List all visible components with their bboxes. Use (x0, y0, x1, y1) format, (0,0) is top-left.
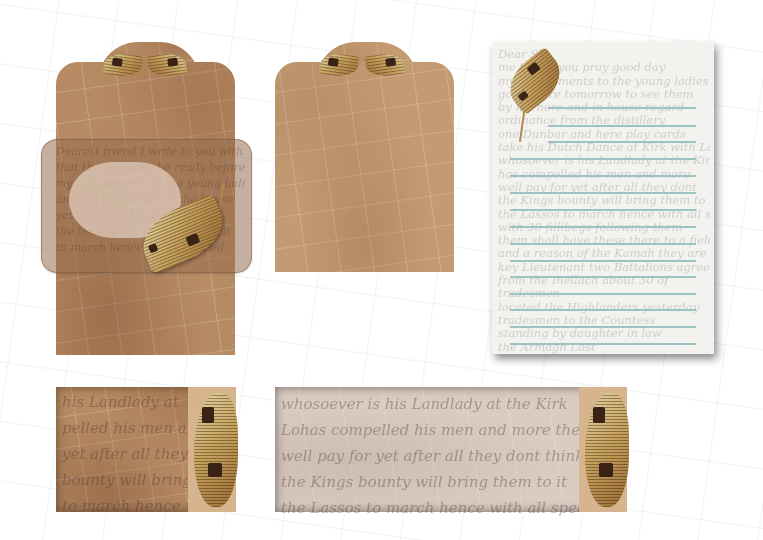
letter-rule (510, 209, 696, 211)
letter-rule (510, 243, 696, 245)
letter-rule (510, 326, 696, 328)
letter-rule (510, 175, 696, 177)
letter-rule (510, 276, 696, 278)
letter-rule (510, 343, 696, 345)
letter-rule (548, 107, 696, 109)
tag-small-feather-panel (188, 387, 236, 512)
tag-long-script: whosoever is his Landlady at the Kirk Lo… (281, 391, 579, 521)
tag-small-feather-icon (194, 393, 238, 507)
letter-rule (548, 125, 696, 127)
tag-small-script: his Landlady at pelled his men and more … (62, 389, 190, 519)
letter-sheet: Dear Sir me to ask you pray good day my … (492, 42, 714, 354)
letter-rule (510, 226, 696, 228)
letter-rule (548, 141, 696, 143)
letter-rule (510, 158, 696, 160)
tag-long-feather-panel (579, 387, 627, 512)
letter-rule (510, 192, 696, 194)
letter-rule (510, 260, 696, 262)
tag-small: his Landlady at pelled his men and more … (56, 387, 236, 512)
tag-long: whosoever is his Landlady at the Kirk Lo… (275, 387, 627, 512)
envelope-back-body (275, 62, 454, 272)
tag-long-feather-icon (585, 393, 629, 507)
letter-rule (510, 309, 696, 311)
letter-rule (510, 293, 696, 295)
